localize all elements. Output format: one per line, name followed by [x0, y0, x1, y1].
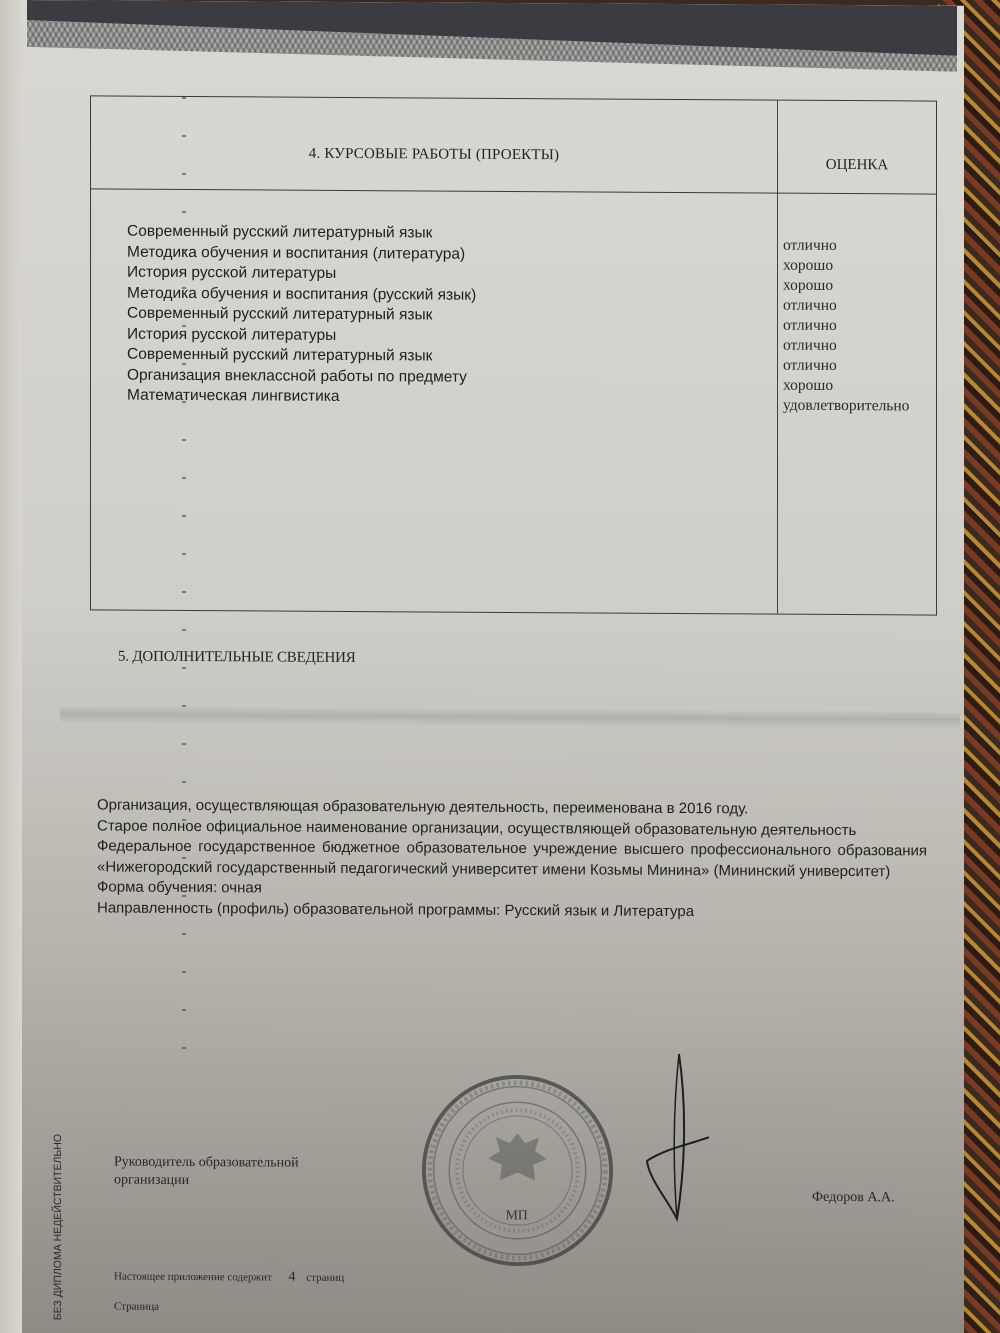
signature-mark	[637, 1049, 717, 1229]
grade-item: отлично	[783, 356, 909, 377]
page-label: Страница	[114, 1301, 159, 1313]
page-count-value: 4	[289, 1270, 296, 1285]
document-page: 4. КУРСОВЫЕ РАБОТЫ (ПРОЕКТЫ) ОЦЕНКА Совр…	[22, 0, 964, 1333]
subject-item: Организация внеклассной работы по предме…	[127, 365, 476, 388]
info-line: Направленность (профиль) образовательной…	[97, 898, 927, 924]
grade-item: хорошо	[783, 276, 909, 297]
grade-list: отлично хорошо хорошо отлично отлично от…	[783, 236, 909, 417]
svg-text:МП: МП	[506, 1207, 528, 1222]
column-divider	[777, 101, 778, 614]
head-of-organization-name: Федоров А.А.	[812, 1190, 895, 1207]
grade-item: отлично	[783, 236, 909, 257]
subject-item: Современный русский литературный язык	[127, 345, 476, 368]
subject-item: Методика обучения и воспитания (литерату…	[127, 242, 476, 265]
subject-item: История русской литературы	[127, 263, 476, 286]
grade-item: отлично	[783, 296, 909, 317]
page-count-prefix: Настоящее приложение содержит	[114, 1271, 272, 1284]
head-of-organization-label: Руководитель образовательной организации	[114, 1154, 354, 1191]
info-line: Федеральное государственное бюджетное об…	[97, 836, 927, 882]
table-header: 4. КУРСОВЫЕ РАБОТЫ (ПРОЕКТЫ) ОЦЕНКА	[91, 96, 936, 194]
page-count-line: Настоящее приложение содержит 4 страниц	[114, 1269, 344, 1286]
grade-column-header: ОЦЕНКА	[777, 157, 937, 175]
section-title-additional: 5. ДОПОЛНИТЕЛЬНЫЕ СВЕДЕНИЯ	[118, 649, 356, 667]
table-title: 4. КУРСОВЫЕ РАБОТЫ (ПРОЕКТЫ)	[91, 144, 777, 165]
grade-item: хорошо	[783, 376, 909, 397]
grade-item: удовлетворительно	[783, 396, 909, 417]
validity-note: БЕЗ ДИПЛОМА НЕДЕЙСТВИТЕЛЬНО	[52, 1134, 64, 1320]
grade-item: хорошо	[783, 256, 909, 277]
subject-item: Математическая лингвистика	[127, 386, 476, 409]
grade-item: отлично	[783, 316, 909, 337]
page-count-suffix: страниц	[306, 1272, 344, 1284]
subject-item: История русской литературы	[127, 324, 476, 347]
additional-info: Организация, осуществляющая образователь…	[97, 795, 927, 923]
subject-item: Методика обучения и воспитания (русский …	[127, 283, 476, 306]
coursework-table: 4. КУРСОВЫЕ РАБОТЫ (ПРОЕКТЫ) ОЦЕНКА Совр…	[90, 95, 937, 615]
subject-list: Современный русский литературный язык Ме…	[127, 222, 476, 409]
official-seal-icon: МП	[420, 1072, 615, 1268]
subject-item: Современный русский литературный язык	[127, 304, 476, 327]
grade-item: отлично	[783, 336, 909, 357]
subject-item: Современный русский литературный язык	[127, 222, 476, 245]
scan-streak	[60, 705, 960, 728]
